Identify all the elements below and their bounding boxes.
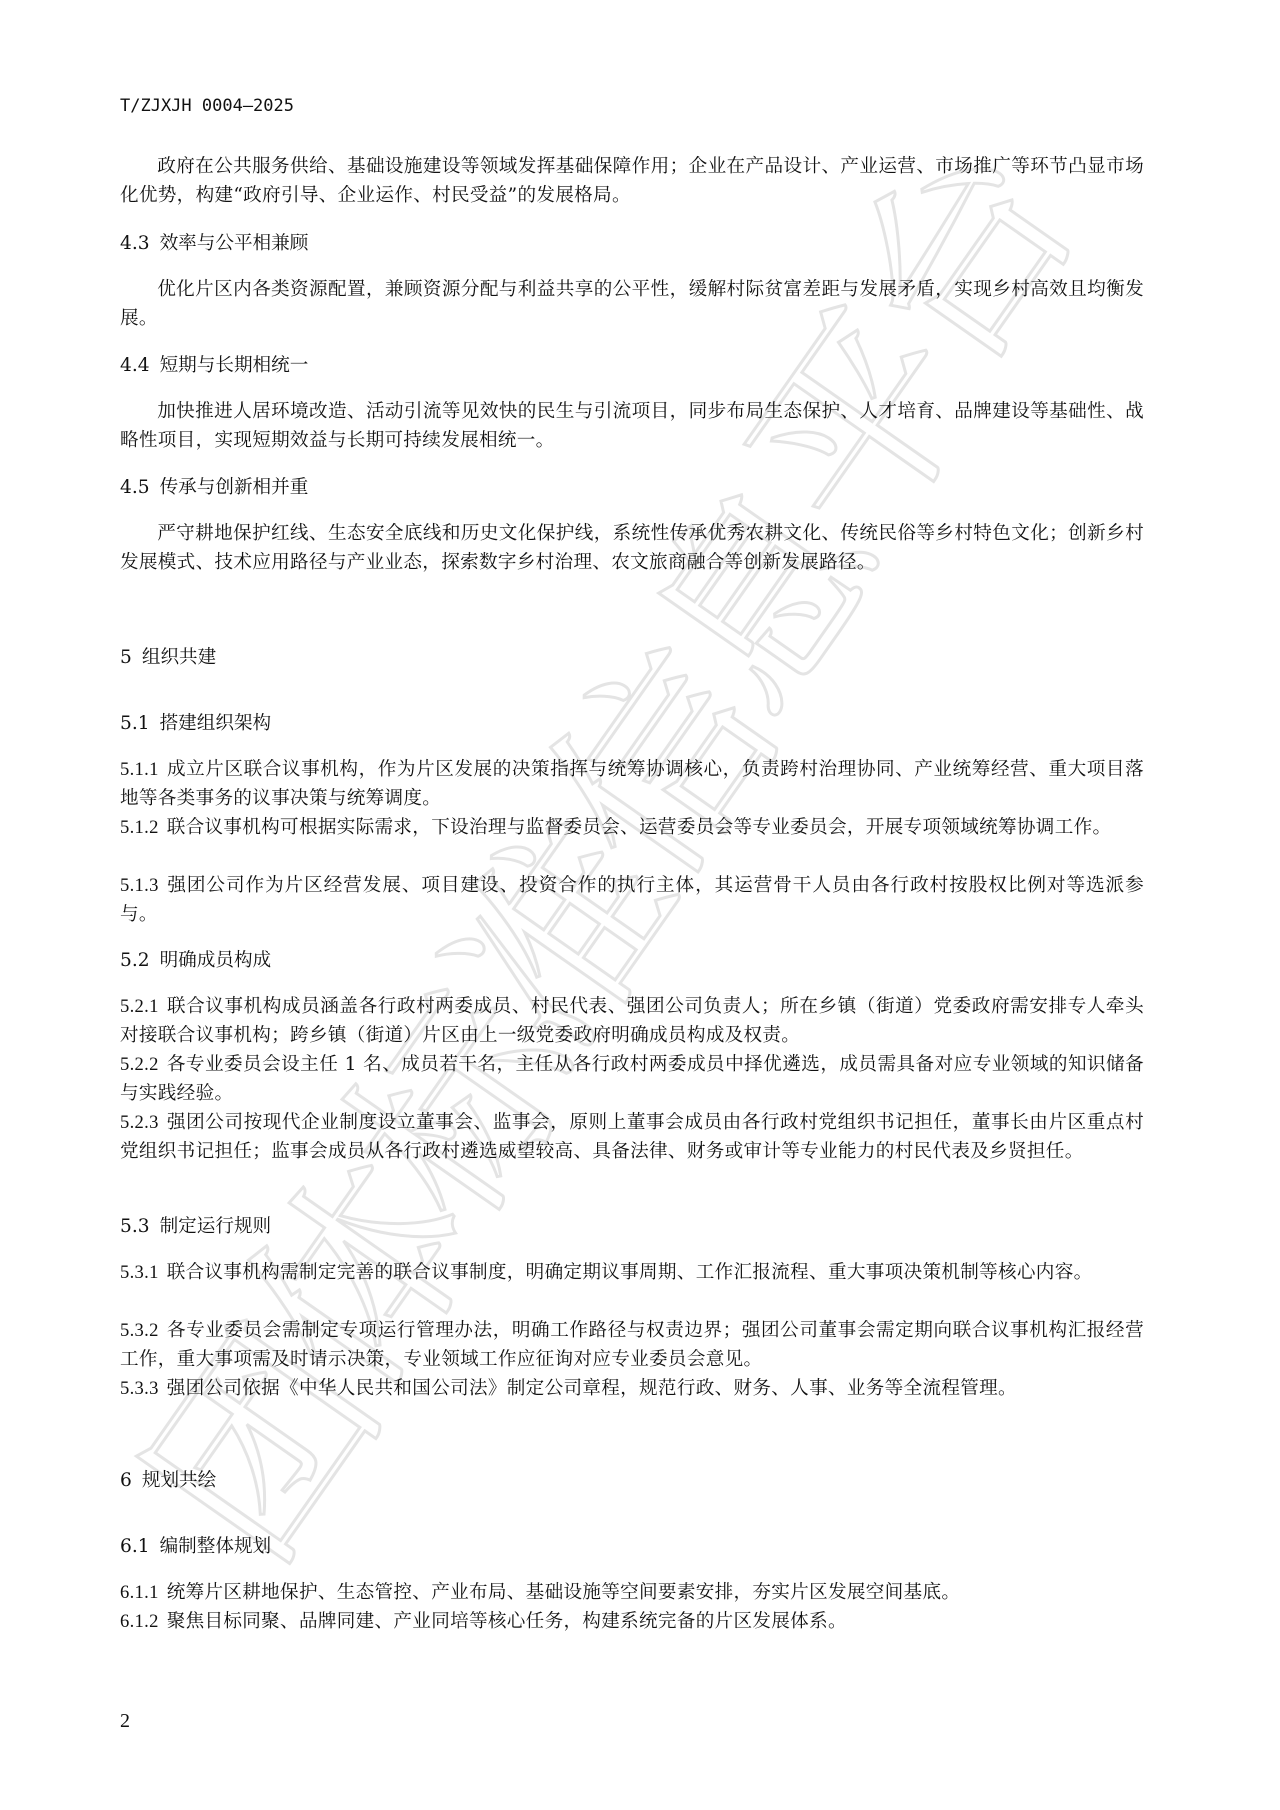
clause-number: 5.3.2	[120, 1320, 159, 1341]
clause-number: 6.1.1	[120, 1582, 159, 1603]
clause-6-1-1: 6.1.1统筹片区耕地保护、生态管控、产业布局、基础设施等空间要素安排，夯实片区…	[120, 1578, 1144, 1607]
clause-text: 联合议事机构可根据实际需求，下设治理与监督委员会、运营委员会等专业委员会，开展专…	[167, 817, 1112, 838]
clause-number: 5.2.1	[120, 996, 159, 1017]
heading-title: 明确成员构成	[160, 950, 272, 971]
clause-5-1-2: 5.1.2联合议事机构可根据实际需求，下设治理与监督委员会、运营委员会等专业委员…	[120, 813, 1144, 842]
heading-6: 6规划共绘	[120, 1466, 216, 1495]
heading-6-1: 6.1编制整体规划	[120, 1532, 271, 1561]
heading-4-4: 4.4短期与长期相统一	[120, 351, 308, 380]
heading-title: 规划共绘	[142, 1470, 216, 1491]
clause-text: 强团公司按现代企业制度设立董事会、监事会，原则上董事会成员由各行政村党组织书记担…	[120, 1112, 1144, 1162]
clause-text: 统筹片区耕地保护、生态管控、产业布局、基础设施等空间要素安排，夯实片区发展空间基…	[167, 1582, 961, 1603]
heading-title: 组织共建	[142, 647, 216, 668]
heading-title: 效率与公平相兼顾	[160, 233, 309, 254]
heading-title: 短期与长期相统一	[160, 355, 309, 376]
heading-title: 制定运行规则	[160, 1216, 272, 1237]
paragraph-4-5: 严守耕地保护红线、生态安全底线和历史文化保护线，系统性传承优秀农耕文化、传统民俗…	[120, 519, 1144, 577]
paragraph-4-4: 加快推进人居环境改造、活动引流等见效快的民生与引流项目，同步布局生态保护、人才培…	[120, 397, 1144, 455]
clause-5-2-1: 5.2.1联合议事机构成员涵盖各行政村两委成员、村民代表、强团公司负责人；所在乡…	[120, 992, 1144, 1050]
clause-number: 5.1.1	[120, 759, 159, 780]
clause-5-2-3: 5.2.3强团公司按现代企业制度设立董事会、监事会，原则上董事会成员由各行政村党…	[120, 1108, 1144, 1166]
paragraph-4-3: 优化片区内各类资源配置，兼顾资源分配与利益共享的公平性，缓解村际贫富差距与发展矛…	[120, 275, 1144, 333]
clause-text: 强团公司依据《中华人民共和国公司法》制定公司章程，规范行政、财务、人事、业务等全…	[167, 1378, 1017, 1399]
clause-text: 聚焦目标同聚、品牌同建、产业同培等核心任务，构建系统完备的片区发展体系。	[167, 1611, 847, 1632]
clause-number: 5.2.2	[120, 1054, 159, 1075]
clause-number: 5.3.1	[120, 1262, 159, 1283]
clause-number: 5.3.3	[120, 1378, 159, 1399]
heading-number: 4.3	[120, 233, 150, 254]
clause-text: 成立片区联合议事机构，作为片区发展的决策指挥与统筹协调核心，负责跨村治理协同、产…	[120, 759, 1144, 809]
heading-number: 5.3	[120, 1216, 150, 1237]
document-id-header: T/ZJXJH 0004—2025	[120, 96, 294, 116]
clause-5-3-1: 5.3.1联合议事机构需制定完善的联合议事制度，明确定期议事周期、工作汇报流程、…	[120, 1258, 1144, 1287]
heading-number: 5	[120, 647, 132, 668]
heading-5-3: 5.3制定运行规则	[120, 1212, 271, 1241]
clause-5-2-2: 5.2.2各专业委员会设主任 1 名、成员若干名，主任从各行政村两委成员中择优遴…	[120, 1050, 1144, 1108]
clause-text: 联合议事机构需制定完善的联合议事制度，明确定期议事周期、工作汇报流程、重大事项决…	[167, 1262, 1093, 1283]
clause-5-3-3: 5.3.3强团公司依据《中华人民共和国公司法》制定公司章程，规范行政、财务、人事…	[120, 1374, 1144, 1403]
heading-number: 4.5	[120, 477, 150, 498]
paragraph-4-2-continuation: 政府在公共服务供给、基础设施建设等领域发挥基础保障作用；企业在产品设计、产业运营…	[120, 152, 1144, 210]
clause-5-3-2: 5.3.2各专业委员会需制定专项运行管理办法，明确工作路径与权责边界；强团公司董…	[120, 1316, 1144, 1374]
clause-text: 各专业委员会设主任 1 名、成员若干名，主任从各行政村两委成员中择优遴选，成员需…	[120, 1054, 1144, 1104]
heading-number: 6	[120, 1470, 132, 1491]
clause-text: 联合议事机构成员涵盖各行政村两委成员、村民代表、强团公司负责人；所在乡镇（街道）…	[120, 996, 1144, 1046]
clause-number: 5.2.3	[120, 1112, 159, 1133]
heading-5: 5组织共建	[120, 643, 216, 672]
clause-5-1-3: 5.1.3强团公司作为片区经营发展、项目建设、投资合作的执行主体，其运营骨干人员…	[120, 871, 1144, 929]
heading-4-3: 4.3效率与公平相兼顾	[120, 229, 308, 258]
heading-title: 搭建组织架构	[160, 713, 272, 734]
page-number: 2	[120, 1710, 130, 1733]
heading-title: 传承与创新相并重	[160, 477, 309, 498]
clause-number: 6.1.2	[120, 1611, 159, 1632]
clause-text: 各专业委员会需制定专项运行管理办法，明确工作路径与权责边界；强团公司董事会需定期…	[120, 1320, 1144, 1370]
watermark-char: 息	[619, 449, 911, 741]
heading-number: 6.1	[120, 1536, 150, 1557]
heading-5-1: 5.1搭建组织架构	[120, 709, 271, 738]
heading-5-2: 5.2明确成员构成	[120, 946, 271, 975]
clause-number: 5.1.2	[120, 817, 159, 838]
clause-6-1-2: 6.1.2聚焦目标同聚、品牌同建、产业同培等核心任务，构建系统完备的片区发展体系…	[120, 1607, 1144, 1636]
heading-4-5: 4.5传承与创新相并重	[120, 473, 308, 502]
clause-5-1-1: 5.1.1成立片区联合议事机构，作为片区发展的决策指挥与统筹协调核心，负责跨村治…	[120, 755, 1144, 813]
heading-number: 5.1	[120, 713, 150, 734]
heading-number: 4.4	[120, 355, 150, 376]
heading-title: 编制整体规划	[160, 1536, 272, 1557]
clause-text: 强团公司作为片区经营发展、项目建设、投资合作的执行主体，其运营骨干人员由各行政村…	[120, 875, 1144, 925]
heading-number: 5.2	[120, 950, 150, 971]
clause-number: 5.1.3	[120, 875, 159, 896]
